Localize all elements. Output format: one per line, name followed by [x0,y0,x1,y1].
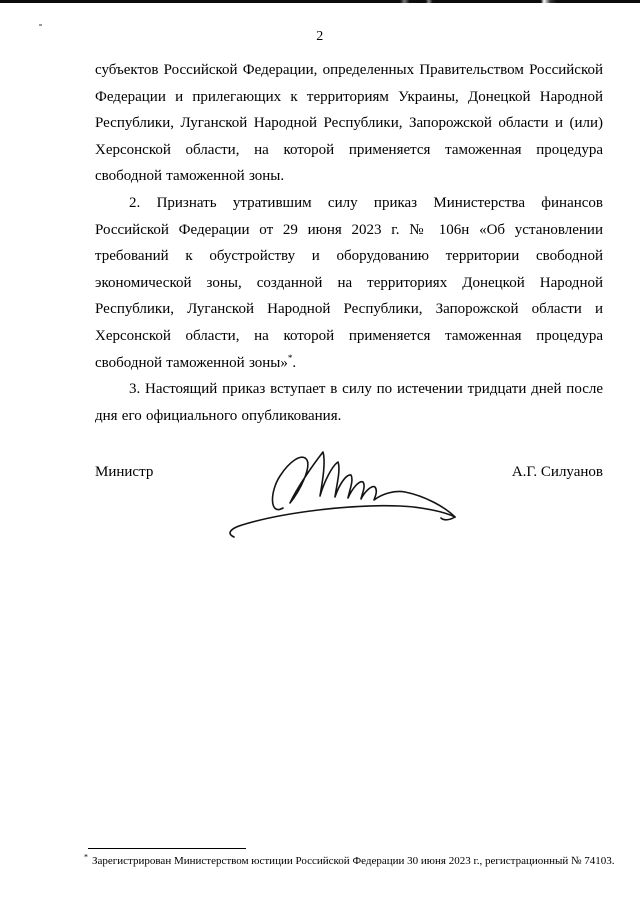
footnote-body: Зарегистрирован Министерством юстиции Ро… [92,855,615,867]
scan-speck [39,24,42,26]
paragraph-2-suffix: . [292,355,296,371]
page-number: 2 [0,29,640,45]
signature-underline-stroke [230,506,455,537]
paragraph-1: субъектов Российской Федерации, определе… [95,57,603,190]
footnote-separator-line [88,848,246,849]
paragraph-2: 2. Признать утратившим силу приказ Минис… [95,190,603,376]
scan-edge-artifact [0,0,640,3]
handwritten-signature [224,444,464,539]
document-body: субъектов Российской Федерации, определе… [95,57,603,429]
paragraph-3: 3. Настоящий приказ вступает в силу по и… [95,376,603,429]
signer-name: А.Г. Силуанов [512,464,603,481]
signer-title: Министр [95,464,153,481]
footnote-marker: * [84,852,88,861]
paragraph-2-text: 2. Признать утратившим силу приказ Минис… [95,195,603,371]
footnote-area: *Зарегистрирован Министерством юстиции Р… [84,848,624,868]
document-page: 2 субъектов Российской Федерации, опреде… [0,0,640,905]
footnote-text: *Зарегистрирован Министерством юстиции Р… [84,855,624,868]
